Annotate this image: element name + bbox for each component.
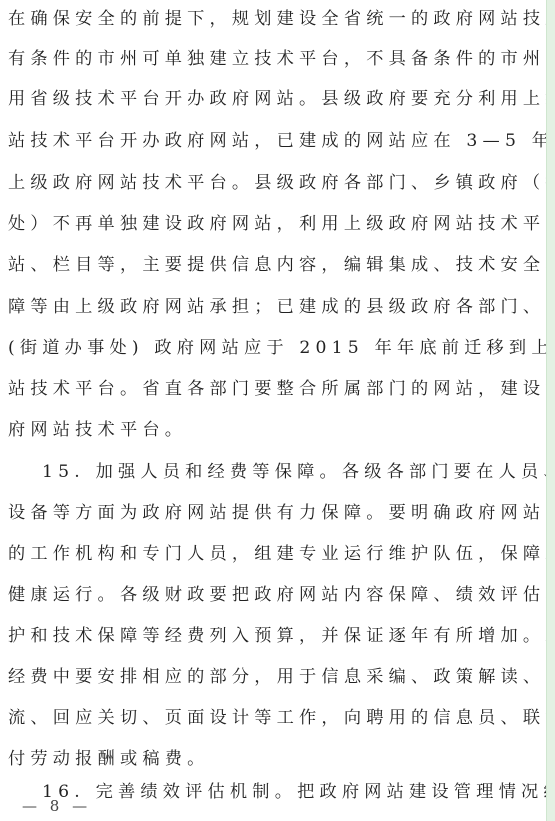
text-line: 用省级技术平台开办政府网站。县级政府要充分利用上级政府网 <box>8 88 528 110</box>
text-line: 设备等方面为政府网站提供有力保障。要明确政府网站内容建设 <box>8 502 528 524</box>
text-line: 上级政府网站技术平台。县级政府各部门、乡镇政府（街道办事 <box>8 172 528 194</box>
text-line: 的工作机构和专门人员，组建专业运行维护队伍，保障政府网站 <box>8 543 528 565</box>
text-line: 在确保安全的前提下，规划建设全省统一的政府网站技术平台。 <box>8 8 528 30</box>
text-line: 站、栏目等，主要提供信息内容，编辑集成、技术安全、运维保 <box>8 254 528 276</box>
section-heading-16: 16. 完善绩效评估机制。把政府网站建设管理情况纳入各级 <box>42 781 528 803</box>
text-line: 护和技术保障等经费列入预算，并保证逐年有所增加。政府网站 <box>8 625 528 647</box>
text-line: 经费中要安排相应的部分，用于信息采编、政策解读、互动交 <box>8 666 528 688</box>
page-edge-strip <box>546 0 555 821</box>
text-line: 处）不再单独建设政府网站，利用上级政府网站技术平台开设子 <box>8 213 528 235</box>
text-line: 付劳动报酬或稿费。 <box>8 748 528 770</box>
text-line: 站技术平台。省直各部门要整合所属部门的网站，建设统一的政 <box>8 378 528 400</box>
text-line: 障等由上级政府网站承担；已建成的县级政府各部门、乡镇政府 <box>8 296 528 318</box>
text-line: 流、回应关切、页面设计等工作，向聘用的信息员、联络员等支 <box>8 707 528 729</box>
text-line: 府网站技术平台。 <box>8 419 528 441</box>
text-line: 站技术平台开办政府网站，已建成的网站应在 3—5 年内迁移到 <box>8 130 528 152</box>
document-page: 在确保安全的前提下，规划建设全省统一的政府网站技术平台。 有条件的市州可单独建立… <box>0 0 547 821</box>
section-heading-15: 15. 加强人员和经费等保障。各级各部门要在人员、经费和 <box>42 461 528 483</box>
page-number: — 8 — <box>22 797 91 815</box>
text-line: 健康运行。各级财政要把政府网站内容保障、绩效评估、运行维 <box>8 584 528 606</box>
text-line: 有条件的市州可单独建立技术平台，不具备条件的市州应充分利 <box>8 48 528 70</box>
text-line: (街道办事处) 政府网站应于 2015 年年底前迁移到上一级政府网 <box>8 337 528 359</box>
